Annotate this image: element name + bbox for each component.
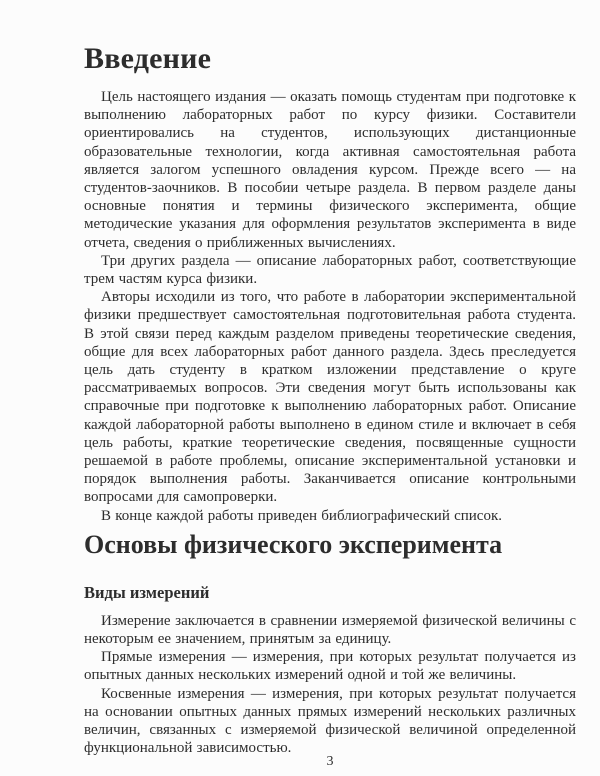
- intro-paragraph-1: Цель настоящего издания — оказать помощь…: [84, 88, 576, 252]
- section-heading: Основы физического эксперимента: [84, 529, 576, 561]
- measurement-paragraph-3: Косвенные измерения — измерения, при кот…: [84, 685, 576, 758]
- intro-paragraph-3: Авторы исходили из того, что работе в ла…: [84, 288, 576, 506]
- measurement-paragraph-1: Измерение заключается в сравнении измеря…: [84, 612, 576, 648]
- page-number: 3: [84, 754, 576, 770]
- document-page: Введение Цель настоящего издания — оказа…: [0, 0, 600, 776]
- measurement-paragraph-2: Прямые измерения — измерения, при которы…: [84, 648, 576, 684]
- subsection-heading: Виды измерений: [84, 583, 576, 603]
- intro-paragraph-4: В конце каждой работы приведен библиогра…: [84, 507, 576, 525]
- intro-paragraph-2: Три других раздела — описание лабораторн…: [84, 252, 576, 288]
- intro-heading: Введение: [84, 42, 576, 76]
